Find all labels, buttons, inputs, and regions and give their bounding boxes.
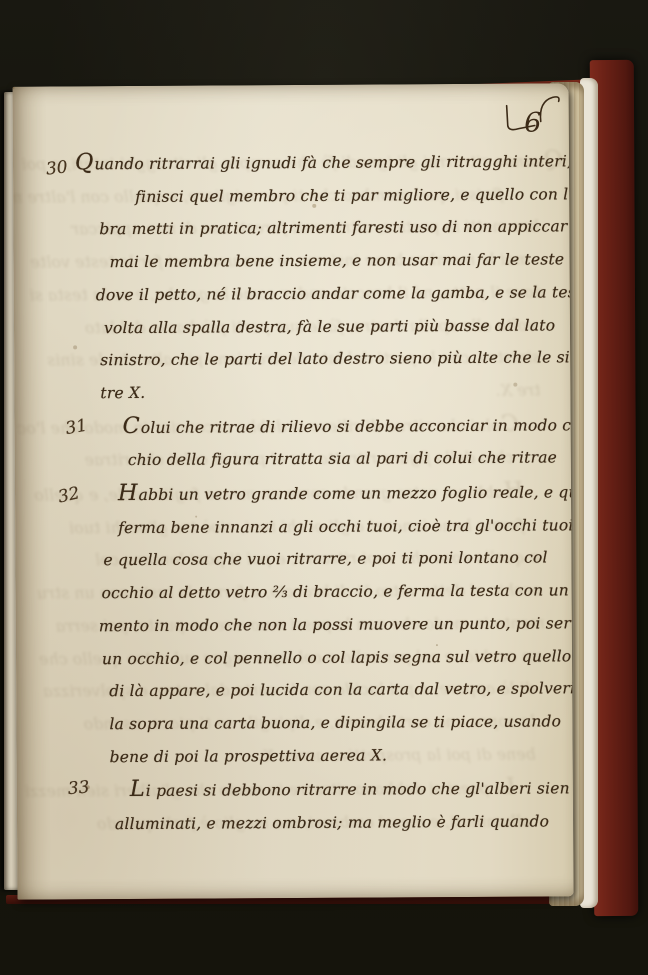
manuscript-line: di là appare, e poi lucida con la carta … — [109, 673, 573, 709]
manuscript-line: volta alla spalla destra, fà le sue part… — [104, 309, 574, 345]
manuscript-page: 6 30 31 32 33 Quando ritrarrai gli ignud… — [13, 83, 574, 899]
manuscript-line: bra metti in pratica; altrimenti faresti… — [99, 211, 573, 247]
section-30: Quando ritrarrai gli ignudi fà che sempr… — [71, 143, 574, 410]
manuscript-line: sinistro, che le parti del lato destro s… — [100, 341, 573, 377]
folio-number-text: 6 — [524, 107, 541, 138]
manuscript-line: occhio al detto vetro ⅔ di braccio, e fe… — [102, 574, 574, 610]
manuscript-line: Habbi un vetro grande come un mezzo fogl… — [118, 474, 574, 511]
manuscript-line: un occhio, e col pennello o col lapis se… — [102, 640, 574, 676]
manuscript-line: bene di poi la prospettiva aerea X. — [110, 738, 574, 774]
manuscript-line: Quando ritrarrai gli ignudi fà che sempr… — [75, 143, 573, 181]
manuscript-line: alluminati, e mezzi ombrosi; ma meglio è… — [115, 805, 574, 841]
manuscript-line: mento in modo che non la possi muovere u… — [99, 607, 574, 643]
manuscript-line: dove il petto, né il braccio andar come … — [96, 276, 574, 312]
manuscript-line: mai le membra bene insieme, e non usar m… — [109, 243, 573, 279]
manuscript-line: la sopra una carta buona, e dipingila se… — [109, 705, 573, 741]
section-33: Li paesi si debbono ritrarre in modo che… — [75, 771, 574, 841]
manuscript-line: tre X. — [100, 374, 573, 410]
manuscript-line: ferma bene innanzi a gli occhi tuoi, cio… — [118, 509, 573, 544]
manuscript-line: Colui che ritrae di rilievo si debbe acc… — [122, 407, 573, 444]
manuscript-line: chio della figura ritratta sia al pari d… — [128, 442, 574, 477]
photo-background: 6 30 31 32 33 Quando ritrarrai gli ignud… — [0, 0, 648, 975]
text-block: Quando ritrarrai gli ignudi fà che sempr… — [71, 143, 574, 841]
section-31: Colui che ritrae di rilievo si debbe acc… — [72, 407, 573, 477]
folio-number: 6 — [495, 91, 571, 143]
manuscript-line: e quella cosa che vuoi ritrarre, e poi t… — [103, 542, 573, 578]
folio-flourish-icon: 6 — [495, 91, 571, 143]
manuscript-line: finisci quel membro che ti par migliore,… — [135, 178, 573, 213]
paper-speckles — [13, 87, 15, 89]
section-32: Habbi un vetro grande come un mezzo fogl… — [73, 474, 574, 773]
manuscript-line: Li paesi si debbono ritrarre in modo che… — [130, 771, 574, 808]
